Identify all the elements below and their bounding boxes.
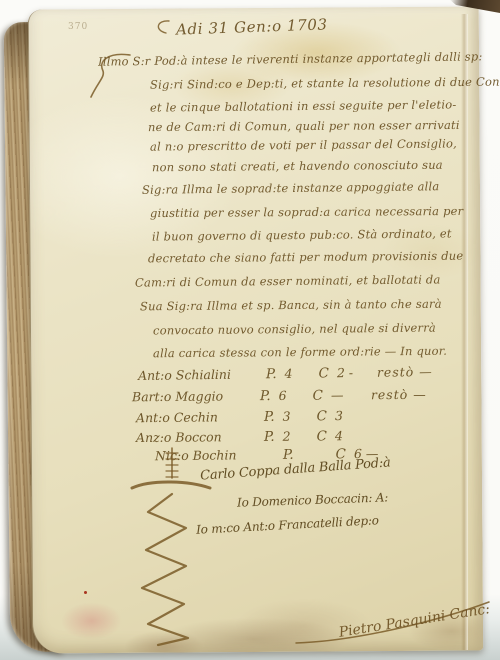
ballot-note: restò — <box>371 387 427 402</box>
ballot-row: Bart:o Maggio P. 6 C — restò — <box>132 387 427 406</box>
page-fold-line <box>461 14 468 650</box>
ballot-pro-votes: 4 <box>284 366 306 381</box>
ballot-pro-label: P. <box>260 388 271 404</box>
ballot-candidate-name: Ant:o Schialini <box>138 366 254 383</box>
ballot-pro-label: P. <box>283 447 294 463</box>
ballot-pro-label: P. <box>264 409 275 425</box>
body-line: alla carica stessa con le forme ord:rie … <box>153 344 447 361</box>
ballot-contra-label: C <box>317 408 328 424</box>
manuscript-photo: 370 Adi 31 Gen:o 1703 Illmo S:r Pod:à in… <box>0 0 500 660</box>
body-line: Sua Sig:ra Illma et sp. Banca, sin à tan… <box>140 297 442 314</box>
body-line: ne de Cam:ri di Comun, quali per non ess… <box>148 118 460 134</box>
ballot-pro-label: P. <box>266 366 277 382</box>
ballot-contra-votes: 2 - <box>337 365 359 380</box>
ballot-candidate-name: Bart:o Maggio <box>132 388 248 404</box>
body-line: Sig:ri Sind:co e Dep:ti, et stante la re… <box>150 74 500 91</box>
ballot-pro-votes: 3 <box>283 408 305 423</box>
header-swash-icon <box>152 18 172 36</box>
ballot-row: Ant:o Cechin P. 3 C 3 <box>136 408 371 426</box>
ballot-pro-label: P. <box>264 429 275 445</box>
ballot-note: restò — <box>377 364 433 380</box>
ballot-candidate-name: Ant:o Cechin <box>136 409 252 425</box>
body-line: non sono stati creati, et havendo conosc… <box>152 158 443 175</box>
body-line: giustitia per esser la soprad:a carica n… <box>150 204 463 220</box>
folio-number: 370 <box>68 22 88 32</box>
ballot-contra-votes: 4 <box>335 428 357 443</box>
ink-spot <box>84 591 87 594</box>
body-line: convocato nuovo consiglio, nel quale si … <box>153 321 436 338</box>
ballot-contra-label: C <box>318 365 329 381</box>
ballot-pro-votes: 6 <box>279 388 301 403</box>
ballot-contra-votes: 3 <box>335 408 357 423</box>
ballot-contra-label: C <box>317 428 327 444</box>
ballot-pro-votes: 2 <box>283 429 305 444</box>
ballot-candidate-name: Anz:o Boccon <box>136 429 252 445</box>
ballot-contra-label: C <box>313 388 323 404</box>
body-line: decretato che siano fatti per modum prov… <box>148 249 463 266</box>
ballot-contra-votes: — <box>331 387 353 402</box>
